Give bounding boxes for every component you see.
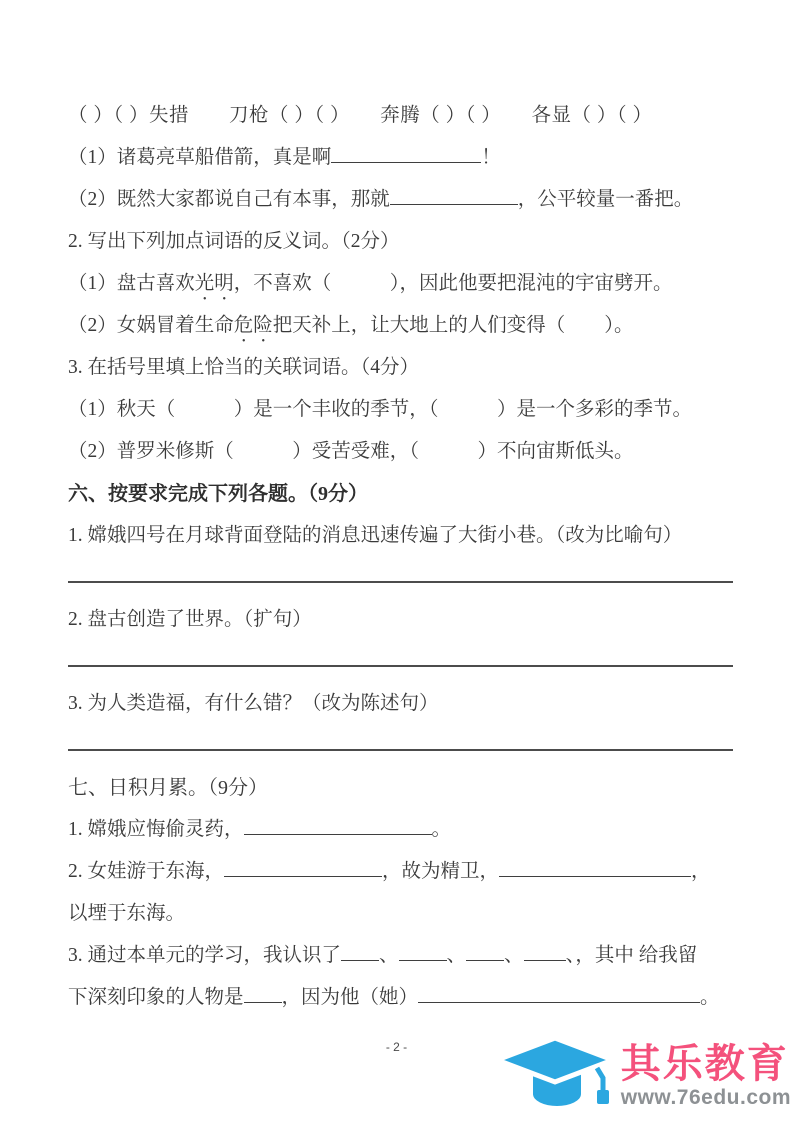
answer-blank (390, 187, 518, 205)
q1-item-1-text: （1）诸葛亮草船借箭，真是啊 (68, 147, 331, 168)
section-six-item-1: 1. 嫦娥四号在月球背面登陆的消息迅速传遍了大街小巷。（改为比喻句） (68, 523, 733, 549)
s7-item-2-mid: ，故为精卫， (382, 861, 499, 882)
list-separator: 、 (447, 945, 467, 966)
q1-item-2: （2）既然大家都说自己有本事，那就，公平较量一番把。 (68, 187, 733, 213)
word-fill-row: （ ）（ ）失措 刀枪（ ）（ ） 奔腾（ ）（ ） 各显（ ）（ ） (68, 103, 733, 129)
answer-blank (244, 817, 432, 835)
q2-item-1-post: ，不喜欢（ ），因此他要把混沌的宇宙劈开。 (234, 273, 673, 294)
section-seven-item-3: 3. 通过本单元的学习，我认识了、、、、，其中 给我留 (68, 943, 733, 969)
section-six-item-2: 2. 盘古创造了世界。（扩句） (68, 607, 733, 633)
section-seven-item-2: 2. 女娃游于东海，，故为精卫，， (68, 859, 733, 885)
q3-item-2: （2）普罗米修斯（ ）受苦受难，（ ）不向宙斯低头。 (68, 439, 733, 465)
answer-rule-line (68, 749, 733, 751)
section-six-item-3: 3. 为人类造福，有什么错？（改为陈述句） (68, 691, 733, 717)
q2-item-1: （1）盘古喜欢光明，不喜欢（ ），因此他要把混沌的宇宙劈开。 (68, 271, 733, 297)
section-seven-item-2-cont: 以堙于东海。 (68, 901, 733, 927)
answer-rule-line (68, 581, 733, 583)
section-seven-item-1: 1. 嫦娥应悔偷灵药，。 (68, 817, 733, 843)
s7-item-1-punct: 。 (432, 819, 452, 840)
q3-item-1: （1）秋天（ ）是一个丰收的季节，（ ）是一个多彩的季节。 (68, 397, 733, 423)
answer-blank (224, 859, 382, 877)
section-six-title: 六、按要求完成下列各题。（9分） (68, 481, 733, 507)
q2-item-1-pre: （1）盘古喜欢 (68, 273, 195, 294)
q2-item-2: （2）女娲冒着生命危险把天补上，让大地上的人们变得（ ）。 (68, 313, 733, 339)
s7-item-1-text: 1. 嫦娥应悔偷灵药， (68, 819, 244, 840)
s7-item-3-cont-pre: 下深刻印象的人物是 (68, 987, 244, 1008)
list-separator: 、 (504, 945, 524, 966)
brand-text-block: 其乐教育 www.76edu.com (621, 1042, 791, 1110)
s7-item-2-punct: ， (691, 861, 711, 882)
q2-item-2-post: 把天补上，让大地上的人们变得（ ）。 (273, 315, 634, 336)
section-seven-item-3-cont: 下深刻印象的人物是，因为他（她）。 (68, 985, 733, 1011)
q1-item-2-punct: ，公平较量一番把。 (518, 189, 694, 210)
answer-blank (524, 943, 566, 961)
brand-logo: 其乐教育 www.76edu.com (491, 1034, 791, 1118)
answer-rule-line (68, 665, 733, 667)
s7-item-3-cont-mid: ，因为他（她） (282, 987, 419, 1008)
s7-item-2-text: 2. 女娃游于东海， (68, 861, 224, 882)
answer-blank (331, 145, 481, 163)
exam-page-content: （ ）（ ）失措 刀枪（ ）（ ） 奔腾（ ）（ ） 各显（ ）（ ） （1）诸… (68, 103, 733, 1027)
q2-item-1-dotted-word: 光明 (195, 273, 234, 294)
answer-blank (499, 859, 691, 877)
answer-blank (341, 943, 379, 961)
q1-item-2-text: （2）既然大家都说自己有本事，那就 (68, 189, 390, 210)
q2-title: 2. 写出下列加点词语的反义词。（2分） (68, 229, 733, 255)
q1-item-1-punct: ！ (481, 147, 501, 168)
q2-item-2-pre: （2）女娲冒着生命 (68, 315, 234, 336)
list-separator: 、 (379, 945, 399, 966)
q2-item-2-dotted-word: 危险 (234, 315, 273, 336)
brand-name: 其乐教育 (621, 1042, 789, 1086)
q1-item-1: （1）诸葛亮草船借箭，真是啊！ (68, 145, 733, 171)
q3-title: 3. 在括号里填上恰当的关联词语。（4分） (68, 355, 733, 381)
brand-url: www.76edu.com (621, 1086, 791, 1110)
answer-blank (399, 943, 447, 961)
graduation-cap-icon (491, 1034, 619, 1118)
answer-blank (244, 985, 282, 1003)
s7-item-3-mid: 、，其中 给我留 (566, 945, 698, 966)
s7-item-3-cont-punct: 。 (700, 987, 720, 1008)
s7-item-3-text: 3. 通过本单元的学习，我认识了 (68, 945, 341, 966)
section-seven-title: 七、日积月累。（9分） (68, 775, 733, 801)
answer-blank (466, 943, 504, 961)
answer-blank (418, 985, 700, 1003)
